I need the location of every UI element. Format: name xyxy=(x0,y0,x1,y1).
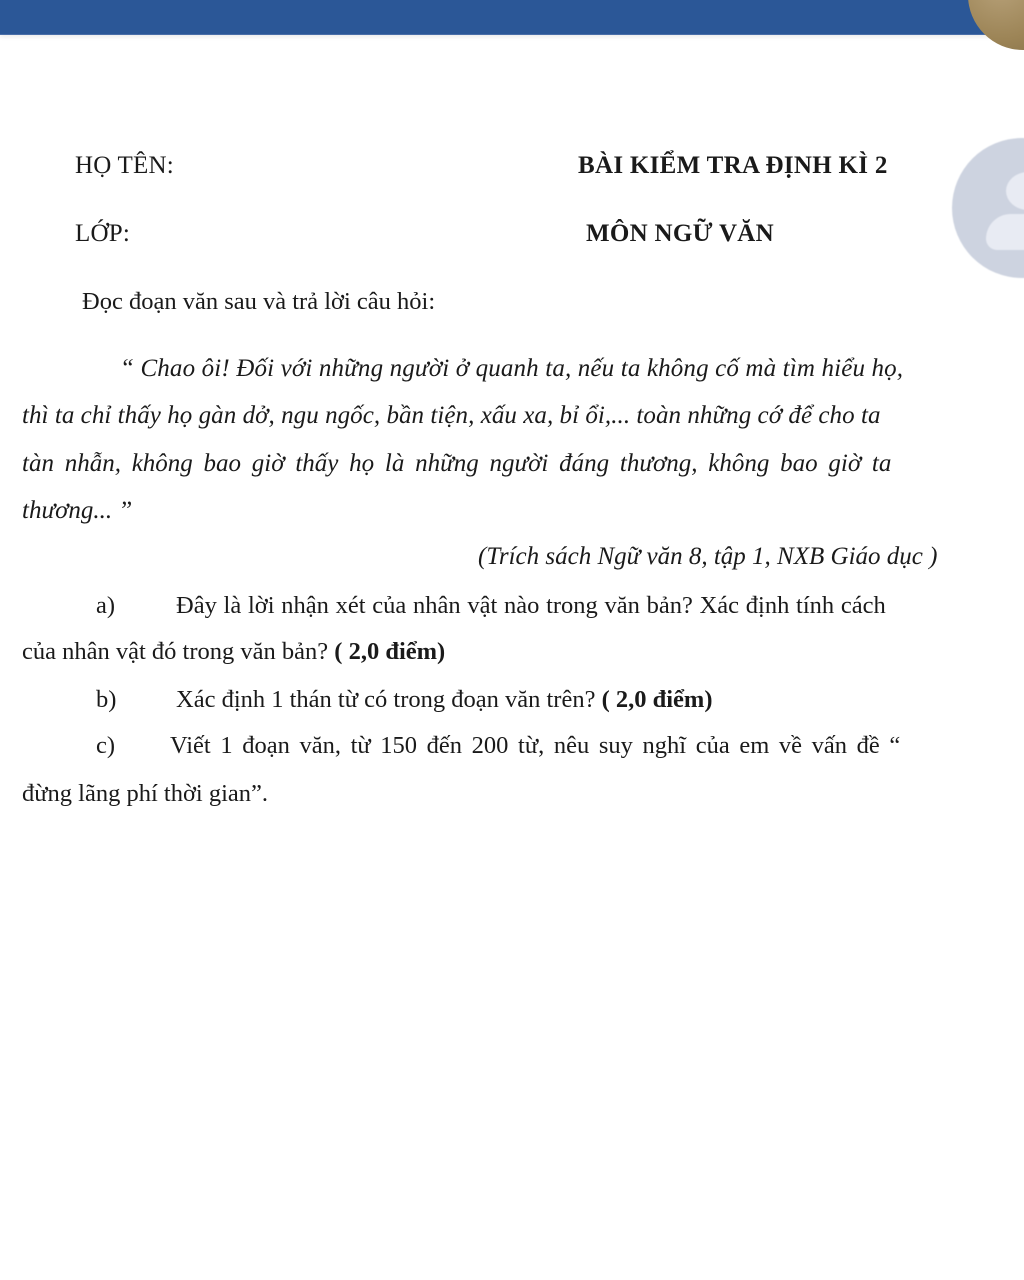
passage-line: thương... ” xyxy=(22,497,132,525)
name-label: HỌ TÊN: xyxy=(75,152,174,180)
question-points: ( 2,0 điểm) xyxy=(602,686,713,713)
avatar-shoulders-shape xyxy=(986,214,1024,250)
class-label: LỚP: xyxy=(75,220,130,248)
instruction: Đọc đoạn văn sau và trả lời câu hỏi: xyxy=(82,288,435,316)
passage-source: (Trích sách Ngữ văn 8, tập 1, NXB Giáo d… xyxy=(478,543,937,571)
user-avatar-icon[interactable] xyxy=(952,138,1024,278)
question-text: Viết 1 đoạn văn, từ 150 đến 200 từ, nêu … xyxy=(170,732,900,760)
question-points: ( 2,0 điểm) xyxy=(334,638,445,665)
question-marker: a) xyxy=(96,592,115,620)
question-marker: b) xyxy=(96,686,116,714)
passage-line: tàn nhẫn, không bao giờ thấy họ là những… xyxy=(22,450,891,478)
question-marker: c) xyxy=(96,732,115,760)
exam-title: BÀI KIỂM TRA ĐỊNH KÌ 2 xyxy=(578,152,888,180)
question-text: Xác định 1 thán từ có trong đoạn văn trê… xyxy=(176,686,595,713)
question-text: đừng lãng phí thời gian”. xyxy=(22,780,268,808)
passage-line: “ Chao ôi! Đối với những người ở quanh t… xyxy=(120,355,903,383)
question-text: Đây là lời nhận xét của nhân vật nào tro… xyxy=(176,592,886,620)
passage-line: thì ta chỉ thấy họ gàn dở, ngu ngốc, bần… xyxy=(22,402,881,430)
avatar-head-shape xyxy=(1006,172,1024,210)
subject-title: MÔN NGỮ VĂN xyxy=(586,220,774,248)
question-text: của nhân vật đó trong văn bản? xyxy=(22,638,328,665)
corner-decoration xyxy=(968,0,1024,50)
top-bar xyxy=(0,0,1024,35)
